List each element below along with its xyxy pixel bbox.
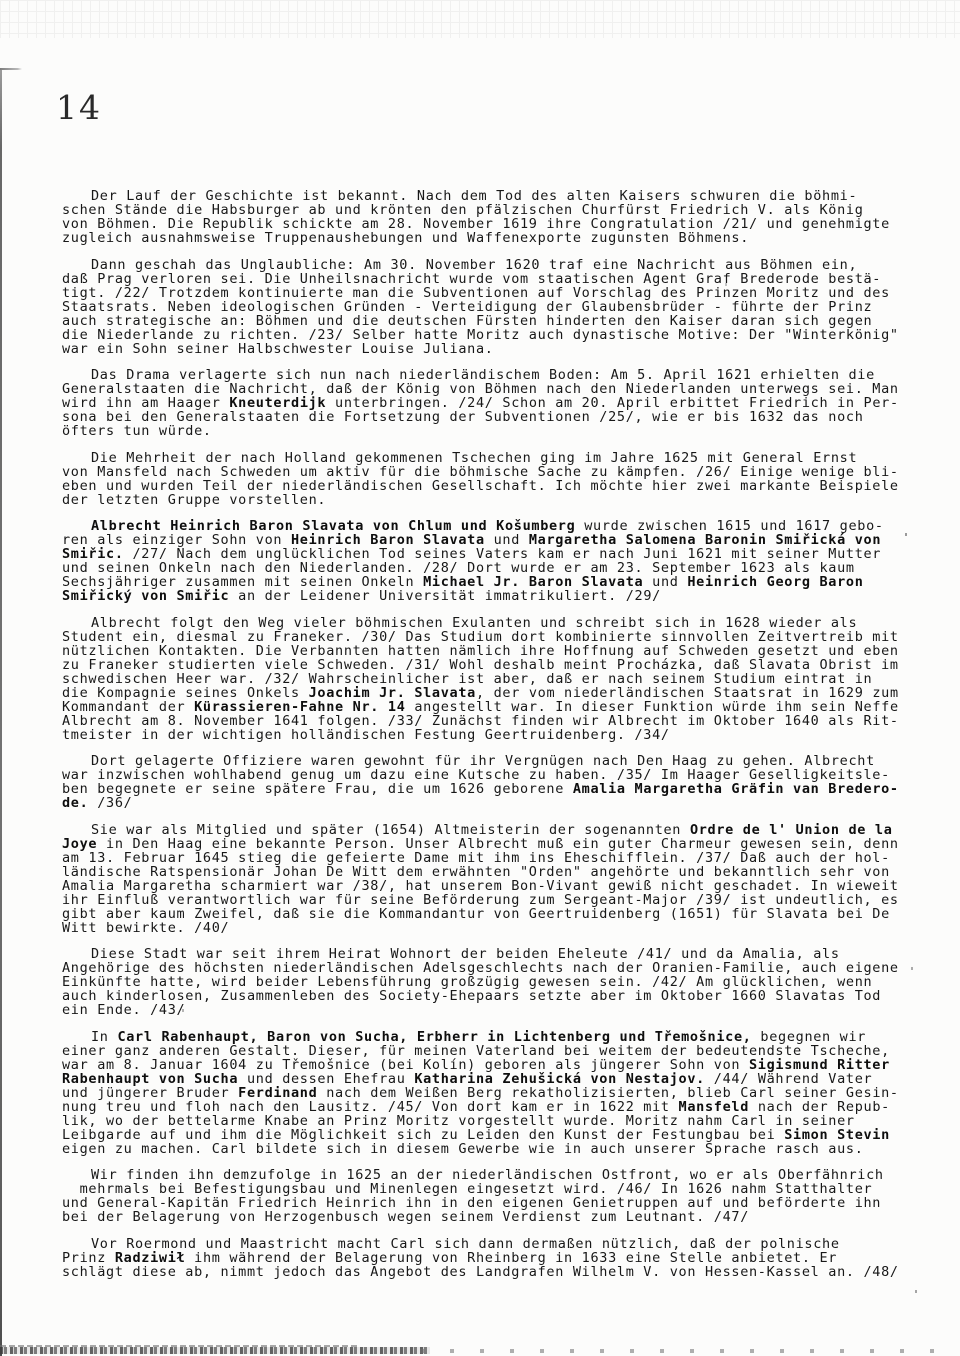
- text-segment: zugleich ausnahmsweise Truppenaushebunge…: [62, 230, 749, 246]
- text-line: bei der Belagerung von Herzogenbusch weg…: [62, 1210, 922, 1224]
- text-line: die Kompagnie seines Onkels Joachim Jr. …: [62, 686, 922, 700]
- paragraph: Albrecht folgt den Weg vieler böhmischen…: [62, 616, 922, 742]
- text-line: tigt. /22/ Trotzdem kontinuierte man die…: [62, 286, 922, 300]
- text-line: eigen zu machen. Carl bildete sich in di…: [62, 1142, 922, 1156]
- text-line: nützlichen Kontakten. Die Verbannten hat…: [62, 644, 922, 658]
- scan-noise-top: [0, 0, 960, 38]
- text-line: Vor Roermond und Maastricht macht Carl s…: [62, 1237, 922, 1251]
- text-line: Kommandant der Kürassieren-Fahne Nr. 14 …: [62, 700, 922, 714]
- text-segment: an der Leidener Universität immatrikulie…: [229, 588, 661, 604]
- text-line: ein Ende. /43/: [62, 1003, 922, 1017]
- paragraph: Wir finden ihn demzufolge in 1625 an der…: [62, 1168, 922, 1224]
- text-line: Albrecht Heinrich Baron Slavata von Chlu…: [62, 519, 922, 533]
- text-line: Rabenhaupt von Sucha und dessen Ehefrau …: [62, 1072, 922, 1086]
- text-line: war am 8. Januar 1604 zu Třemošnice (bei…: [62, 1058, 922, 1072]
- text-line: daß Prag verloren sei. Die Unheilsnachri…: [62, 272, 922, 286]
- text-line: Albrecht folgt den Weg vieler böhmischen…: [62, 616, 922, 630]
- text-line: schlägt diese ab, nimmt jedoch das Angeb…: [62, 1265, 922, 1279]
- scan-specks: [905, 533, 907, 536]
- text-line: ben begegnete er seine spätere Frau, die…: [62, 782, 922, 796]
- text-segment: bei der Belagerung von Herzogenbusch weg…: [62, 1209, 749, 1225]
- text-line: Generalstaaten die Nachricht, daß der Kö…: [62, 382, 922, 396]
- text-segment: Witt bewirkte. /40/: [62, 920, 229, 936]
- text-segment: öfters tun würde.: [62, 423, 212, 439]
- text-line: der letzten Gruppe vorstellen.: [62, 493, 922, 507]
- paragraph: Sie war als Mitglied und später (1654) A…: [62, 823, 922, 935]
- text-line: Staatsrats. Neben ideologischen Gründen …: [62, 300, 922, 314]
- text-line: Die Mehrheit der nach Holland gekommenen…: [62, 451, 922, 465]
- text-line: Student ein, diesmal zu Franeker. /30/ D…: [62, 630, 922, 644]
- text-line: sona bei den Generalstaaten die Fortsetz…: [62, 410, 922, 424]
- text-line: von Böhmen. Die Republik schickte am 28.…: [62, 217, 922, 231]
- text-segment: ein Ende. /43/: [62, 1002, 185, 1018]
- text-line: öfters tun würde.: [62, 424, 922, 438]
- bold-text-segment: de.: [62, 795, 88, 811]
- text-segment: ben begegnete er seine spätere Frau, die…: [62, 781, 573, 797]
- bold-text-segment: Amalia Margaretha Gräfin van Bredero-: [573, 781, 899, 797]
- text-line: nung treu und floh nach den Lausitz. /45…: [62, 1100, 922, 1114]
- text-line: von Mansfeld nach Schweden um aktiv für …: [62, 465, 922, 479]
- bold-text-segment: Heinrich Georg Baron: [687, 574, 863, 590]
- text-line: In Carl Rabenhaupt, Baron von Sucha, Erb…: [62, 1030, 922, 1044]
- bold-text-segment: Smiřický von Smiřic: [62, 588, 229, 604]
- text-segment: eigen zu machen. Carl bildete sich in di…: [62, 1141, 864, 1157]
- text-line: am 13. Februar 1645 stieg die gefeierte …: [62, 851, 922, 865]
- text-line: Wir finden ihn demzufolge in 1625 an der…: [62, 1168, 922, 1182]
- text-line: ren als einziger Sohn von Heinrich Baron…: [62, 533, 922, 547]
- text-line: und General-Kapitän Friedrich Heinrich i…: [62, 1196, 922, 1210]
- scan-edge-left: [0, 70, 2, 1356]
- text-segment: /36/: [88, 795, 132, 811]
- text-line: eben und wurden Teil der niederländische…: [62, 479, 922, 493]
- scan-noise-bottom-dense: [0, 1347, 430, 1354]
- page-number: 14: [56, 88, 102, 127]
- text-line: Smiřic. /27/ Nach dem unglücklichen Tod …: [62, 547, 922, 561]
- text-line: wird ihn am Haager Kneuterdijk unterbrin…: [62, 396, 922, 410]
- text-line: Dort gelagerte Offiziere waren gewohnt f…: [62, 754, 922, 768]
- text-line: Angehörige des höchsten niederländischen…: [62, 961, 922, 975]
- text-line: Sie war als Mitglied und später (1654) A…: [62, 823, 922, 837]
- text-line: mehrmals bei Befestigungsbau und Minenle…: [62, 1182, 922, 1196]
- text-segment: schlägt diese ab, nimmt jedoch das Angeb…: [62, 1264, 899, 1280]
- paragraph: Das Drama verlagerte sich nun nach niede…: [62, 368, 922, 438]
- text-line: auch kinderlosen, Zusammenleben des Soci…: [62, 989, 922, 1003]
- text-line: Dann geschah das Unglaubliche: Am 30. No…: [62, 258, 922, 272]
- text-line: ländische Ratspensionär Johan De Witt de…: [62, 865, 922, 879]
- text-line: auch strategische an: Böhmen und die deu…: [62, 314, 922, 328]
- paragraph: Dort gelagerte Offiziere waren gewohnt f…: [62, 754, 922, 810]
- text-line: Albrecht am 8. November 1641 folgen. /33…: [62, 714, 922, 728]
- text-line: gibt aber kaum Zweifel, daß sie die Komm…: [62, 907, 922, 921]
- text-line: Prinz Radziwił ihm während der Belagerun…: [62, 1251, 922, 1265]
- text-line: und jüngerer Bruder Ferdinand nach dem W…: [62, 1086, 922, 1100]
- text-line: lik, wo der bettelarme Knabe an Prinz Mo…: [62, 1114, 922, 1128]
- text-line: ihr Einfluß verantwortlich war für seine…: [62, 893, 922, 907]
- paragraph: Der Lauf der Geschichte ist bekannt. Nac…: [62, 189, 922, 245]
- text-line: Diese Stadt war seit ihrem Heirat Wohnor…: [62, 947, 922, 961]
- paragraph: Dann geschah das Unglaubliche: Am 30. No…: [62, 258, 922, 356]
- text-line: Der Lauf der Geschichte ist bekannt. Nac…: [62, 189, 922, 203]
- text-line: einer ganz anderen Gestalt. Dieser, für …: [62, 1044, 922, 1058]
- document-body: Der Lauf der Geschichte ist bekannt. Nac…: [62, 189, 922, 1291]
- text-line: Smiřický von Smiřic an der Leidener Univ…: [62, 589, 922, 603]
- text-line: Sechsjähriger zusammen mit seinen Onkeln…: [62, 575, 922, 589]
- text-line: schwedischen Heer war. /32/ Wahrscheinli…: [62, 672, 922, 686]
- text-line: Amalia Margaretha scharmiert war /38/, h…: [62, 879, 922, 893]
- scan-noise-bottom-sparse: [420, 1349, 960, 1353]
- text-line: die Niederlande zu richten. /23/ Selber …: [62, 328, 922, 342]
- paragraph: Die Mehrheit der nach Holland gekommenen…: [62, 451, 922, 507]
- scan-edge-corner: [0, 68, 22, 70]
- paragraph: In Carl Rabenhaupt, Baron von Sucha, Erb…: [62, 1030, 922, 1156]
- text-segment: der letzten Gruppe vorstellen.: [62, 492, 326, 508]
- text-segment: tmeister in der wichtigen holländischen …: [62, 727, 670, 743]
- text-line: und seinen Onkeln nach den Niederlanden.…: [62, 561, 922, 575]
- text-line: war ein Sohn seiner Halbschwester Louise…: [62, 342, 922, 356]
- text-line: tmeister in der wichtigen holländischen …: [62, 728, 922, 742]
- text-line: Joye in Den Haag eine bekannte Person. U…: [62, 837, 922, 851]
- text-line: Einkünfte hatte, wird beider Lebensführu…: [62, 975, 922, 989]
- text-line: Das Drama verlagerte sich nun nach niede…: [62, 368, 922, 382]
- paragraph: Albrecht Heinrich Baron Slavata von Chlu…: [62, 519, 922, 603]
- text-line: zu Franeker studierten viele Schweden. /…: [62, 658, 922, 672]
- text-line: de. /36/: [62, 796, 922, 810]
- text-line: Leibgarde auf und ihm die Möglichkeit si…: [62, 1128, 922, 1142]
- paragraph: Vor Roermond und Maastricht macht Carl s…: [62, 1237, 922, 1279]
- text-line: war inzwischen wohlhabend genug um dazu …: [62, 768, 922, 782]
- text-line: zugleich ausnahmsweise Truppenaushebunge…: [62, 231, 922, 245]
- text-segment: war ein Sohn seiner Halbschwester Louise…: [62, 341, 494, 357]
- paragraph: Diese Stadt war seit ihrem Heirat Wohnor…: [62, 947, 922, 1017]
- text-line: schen Stände die Habsburger ab und krönt…: [62, 203, 922, 217]
- text-line: Witt bewirkte. /40/: [62, 921, 922, 935]
